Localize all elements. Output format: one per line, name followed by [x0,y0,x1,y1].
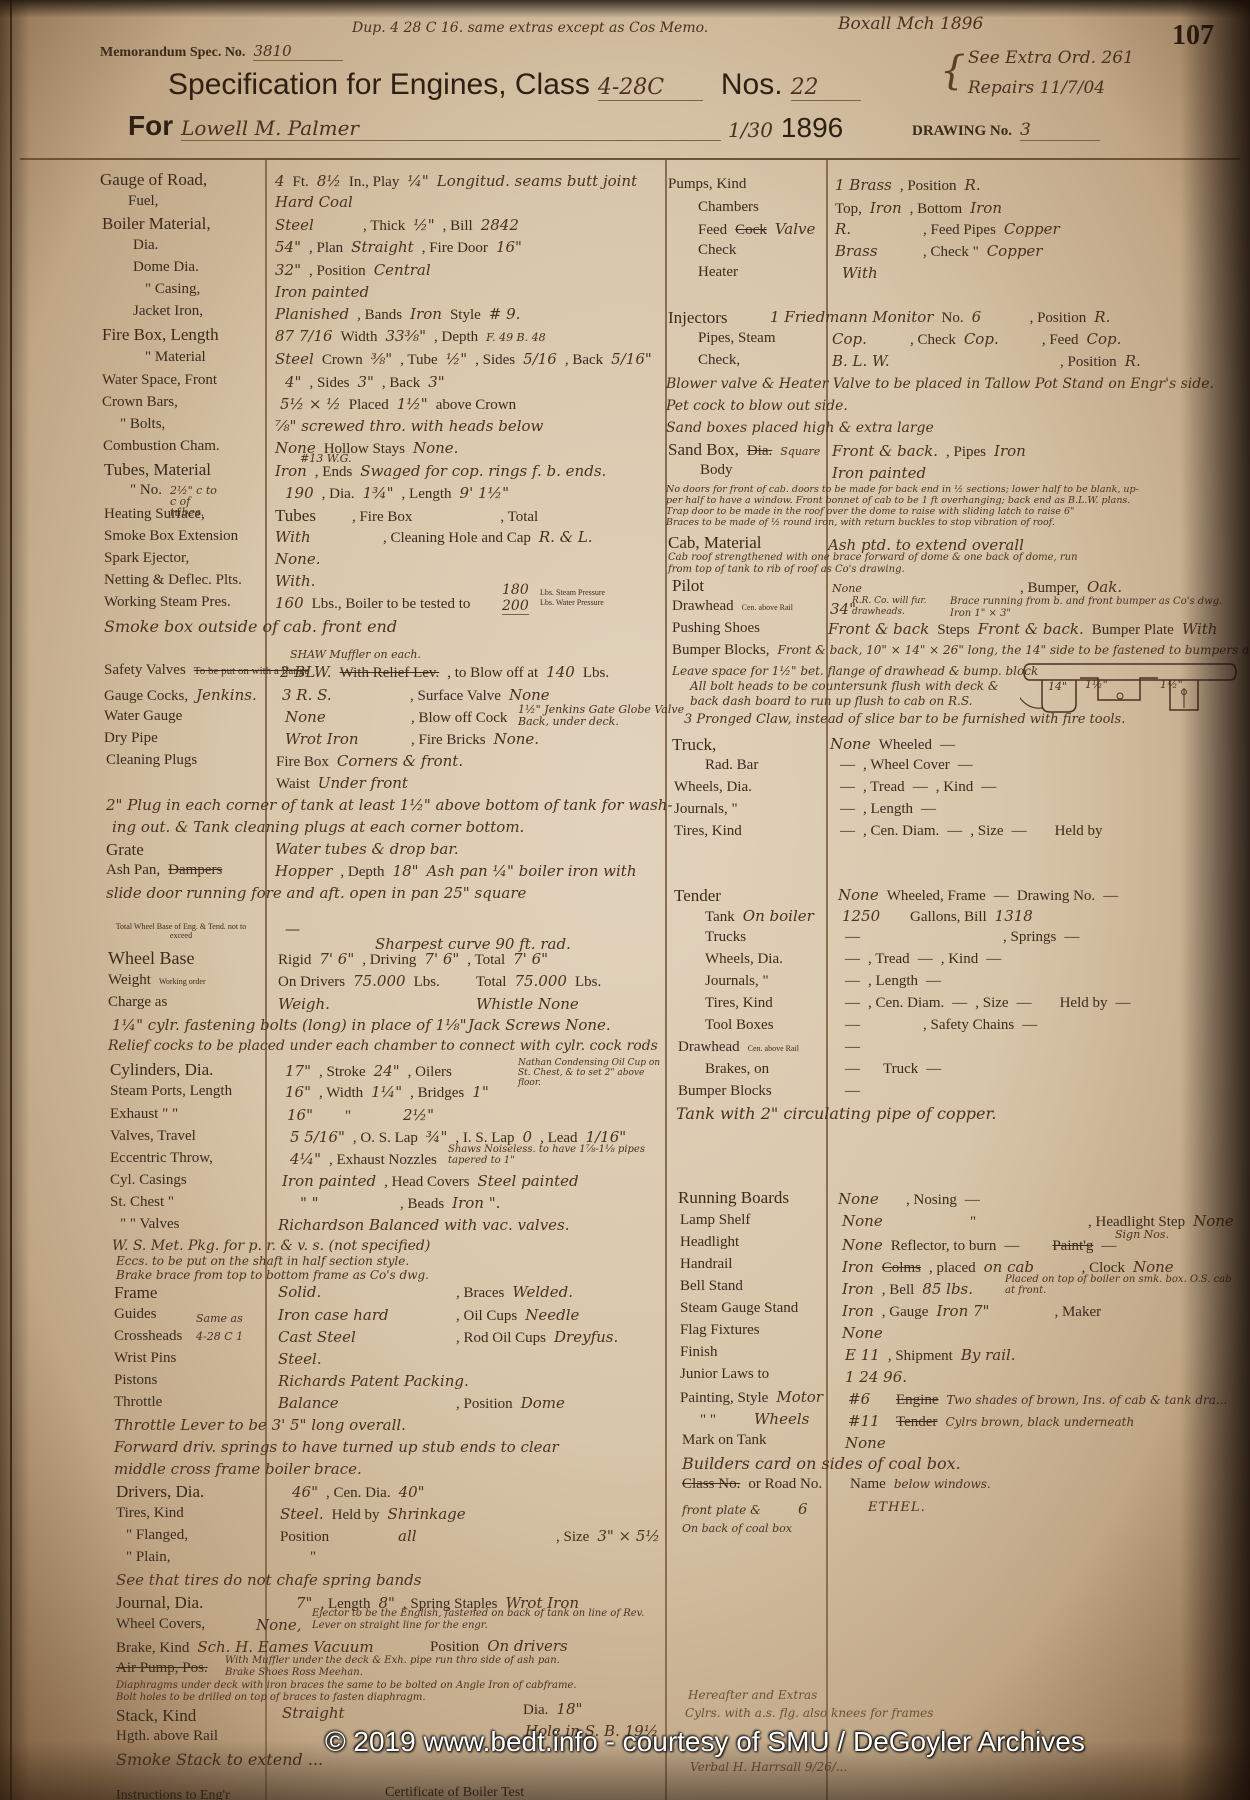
drawing-label: DRAWING No. [912,123,1012,140]
bolts-value: ⅞" screwed thro. with heads below [275,417,543,435]
tender-drawing-label: Drawing No. [1017,888,1095,905]
firebox-length: 87 7/16 [275,327,333,345]
valves-travel-label: Valves, Travel [110,1128,196,1145]
head-covers-value: Steel painted [477,1172,578,1190]
tender-frame-label: Wheeled, Frame [887,888,986,905]
pipes-steam-value: Cop. [832,330,902,348]
truck-wheeled-value: — [940,737,955,754]
smokebox-value: With [275,528,375,546]
heating-total: , Total [500,509,538,526]
tender-journals-label: Journals, " [705,973,769,990]
flag-fixtures-value: None [842,1324,883,1342]
firebox-depth-label: , Depth [434,329,478,346]
note-bolt-heads-2: back dash board to run up flush to cab o… [690,694,972,708]
truck-cen-diam-label: , Cen. Diam. [863,823,939,840]
shipment-label: , Shipment [888,1348,953,1365]
note-smoke-stack: Smoke Stack to extend ... [116,1750,323,1769]
stack-dia-value: 18" [556,1700,582,1718]
sand-box-pipes-value: Iron [994,442,1026,460]
above-crown-label: above Crown [436,397,516,414]
truck-tires-value: — [840,823,855,840]
tube-label: , Tube [400,352,438,369]
header-divider [20,158,1240,160]
note-relief-cocks: Relief cocks to be placed under each cha… [108,1038,658,1054]
bumper-value: Oak. [1087,578,1122,596]
bumper-plate-value: With [1182,620,1218,638]
bands-label: , Bands [357,307,402,324]
water-sides-label: , Sides [309,375,349,392]
note-blower-valve: Blower valve & Heater Valve to be placed… [666,376,1214,392]
sides-value: 5/16 [523,350,557,368]
blow-off-cock-value-2: Back, under deck. [518,715,619,728]
head-covers-label: , Head Covers [384,1174,469,1191]
ash-pan-note: Ash pan ¼" boiler iron with [427,862,637,880]
wheel-cover-value: — [958,757,973,774]
painting-2-value: #11 [848,1412,888,1430]
finish-value: E 11 [845,1346,880,1364]
junior-laws-label: Junior Laws to [680,1366,769,1383]
tender-wheels-value: — [845,951,860,968]
beads-label: , Beads [400,1196,444,1213]
stack-kind-value: Straight [282,1704,345,1722]
oil-cups-value: Needle [525,1306,579,1324]
lamp-shelf-ditto: " [970,1214,1080,1231]
smokebox-label: Smoke Box Extension [104,528,238,545]
placed-label: , placed [929,1260,976,1277]
feed-label: Feed [698,222,727,239]
note-throttle-lever: Throttle Lever to be 3' 5" long overall. [114,1416,406,1434]
brake-position-label: Position [430,1639,479,1656]
gauge-label: Gauge of Road, [100,170,207,190]
gauge-ft: 4 [275,172,285,190]
tender-frame-value: — [994,888,1009,905]
braces-label: , Braces [456,1285,504,1302]
blow-off-cock-label: , Blow off Cock [411,710,507,727]
tender-bumper-blocks-value: — [845,1083,860,1100]
gauge-ft-label: Ft. [293,174,309,191]
painting-engine-struck: Engine [896,1392,939,1409]
bumper-blocks-value: Front & back, 10" × 14" × 26" long, the … [778,643,1250,657]
feed-value: R. [835,220,915,238]
blow-off-lbs: Lbs. [583,665,609,682]
held-by-value: Shrinkage [388,1505,466,1523]
crown-bars-value: 5½ × ½ [280,395,341,413]
chambers-label: Chambers [698,199,759,216]
reflector-value: — [1004,1238,1019,1255]
throttle-value: Balance [278,1394,448,1412]
spark-label: Spark Ejector, [104,550,189,567]
cen-dia-value: 40" [399,1483,425,1501]
wheel-covers-value: None, [256,1616,301,1634]
brake-kind-value: Sch. H. Eames Vacuum [197,1638,373,1656]
tender-tires-label: Tires, Kind [705,995,773,1012]
wrist-pins-label: Wrist Pins [114,1350,176,1367]
note-middle-frame: middle cross frame boiler brace. [114,1460,362,1478]
eccentric-label: Eccentric Throw, [110,1150,213,1167]
muffler-note: With Muffler under the deck & Exh. pipe … [225,1655,560,1666]
pilot-value: None [832,582,1012,595]
ash-pan-value: Hopper [275,862,332,880]
feed-pipes-value: Copper [1004,220,1060,238]
left-column-rule [265,160,267,1800]
fuel-label: Fuel, [128,193,158,210]
water-front: 4" [285,373,301,391]
bell-stand-label: Bell Stand [680,1278,743,1295]
note-cab-roof-1: Cab roof strengthened with one brace for… [668,552,1078,563]
note-cyl-bolts: 1¼" cylr. fastening bolts (long) in plac… [112,1016,467,1034]
surface-valve-label: , Surface Valve [410,688,501,705]
valves-travel-value: 5 5/16" [290,1128,345,1146]
exhaust-length: 16" [287,1106,337,1124]
name-value: below windows. [894,1477,991,1491]
wheel-base-label: Wheel Base [108,948,194,969]
steam-ports-length: 16" [285,1083,311,1101]
driving-label: , Driving [362,952,416,969]
truck-wheeled-label: Wheeled [879,737,932,754]
water-space-label: Water Space, Front [102,372,217,389]
injector-check-label: Check, [698,352,740,369]
steam-pressure-value: 180 [502,582,529,598]
dry-pipe-label: Dry Pipe [104,730,158,747]
note-brake-brace: Brake brace from top to bottom frame as … [116,1268,429,1282]
weight-bracket: Working order [159,977,206,986]
tubes-length-label: , Length [402,486,452,503]
brakes-on-label: Brakes, on [705,1061,769,1078]
steam-ports-label: Steam Ports, Length [110,1083,232,1100]
cleaning-hole-value: R. & L. [539,528,593,546]
brakes-on-value: — [845,1061,875,1078]
lamp-shelf-value: None [842,1212,962,1230]
thick-label: , Thick [363,218,405,235]
cab-material-label: Cab, Material [668,533,761,553]
truck-journals-label: Journals, " [674,801,738,818]
height-above-rail-label: Hgth. above Rail [116,1728,218,1745]
dome-position-value: Central [374,261,431,279]
drawhead-note: R.R. Co. will fur. drawheads. [852,596,942,618]
tender-label: Tender [674,886,721,906]
back-of-coal-box-note: On back of coal box [682,1522,792,1535]
brace-glyph: { [940,48,965,94]
on-drivers-label: On Drivers [278,974,345,991]
truck-size-value: — [1012,823,1027,840]
bumper-plate-label: Bumper Plate [1092,622,1174,639]
road-no-label: or Road No. [748,1476,822,1493]
gauge-label: , Gauge [882,1304,929,1321]
weight-total-value: 75.000 [514,972,567,990]
pipes-feed-value: Cop. [1087,330,1122,348]
fire-bricks-label: , Fire Bricks [411,732,486,749]
note-eccs: Eccs. to be put on the shaft in half sec… [116,1254,409,1268]
stack-dia-label: Dia. [523,1702,548,1719]
air-pump-label: Air Pump, Pos. [116,1660,208,1677]
chambers-bottom-label: , Bottom [910,201,963,218]
pumps-label: Pumps, Kind [668,176,746,193]
total-label: , Total [467,952,505,969]
gauge-cocks-label: Gauge Cocks, [104,688,188,705]
side-note-2: Repairs 11/7/04 [968,78,1105,98]
tender-held-by-label: Held by [1060,995,1108,1012]
brake-kind-label: Brake, Kind [116,1640,189,1657]
heating-label: Heating Surface, [104,506,205,523]
tube-value: ½" [446,350,467,368]
braces-value: Welded. [512,1283,573,1301]
memorandum-number: 3810 [253,42,343,61]
held-by-label: Held by [332,1507,380,1524]
tender-value: None [838,886,879,904]
cleaning-firebox-value: Corners & front. [337,752,463,770]
injectors-no-value: 6 [972,308,1022,326]
pistons-value: Richards Patent Packing. [278,1372,469,1390]
tubes-ends-value: Swaged for cop. rings f. b. ends. [360,462,606,480]
tank-label: Tank [705,909,735,926]
oil-cups-label: , Oil Cups [456,1308,517,1325]
water-sides: 3" [357,373,373,391]
pumps-position-label: , Position [900,178,957,195]
tender-tread-label: , Tread [868,951,910,968]
note-plugs-2: ing out. & Tank cleaning plugs at each c… [112,818,524,836]
ash-pan-label: Ash Pan, [106,862,160,879]
diagram-label-1-5a: 1½" [1085,678,1108,691]
jacket-label: Jacket Iron, [133,303,203,320]
brakes-truck-label: Truck [883,1061,918,1078]
working-steam-value: 160 [275,594,304,612]
truck-tread-value: — [913,779,928,796]
brakes-truck-value: — [926,1061,941,1078]
injectors-position-value: R. [1094,308,1110,326]
exhaust-nozzles-value: Shaws Noiseless. to have 1⅞-1⅛ pipes tap… [448,1144,663,1166]
body-value: Iron painted [832,464,926,482]
bridges-label: , Bridges [410,1085,464,1102]
boiler-label: Boiler Material, [102,214,211,234]
total-value: 7' 6" [513,950,548,968]
chambers-bottom-value: Iron [970,199,1002,217]
water-gauge-value: None [285,708,403,726]
total-wheel-base-label: Total Wheel Base of Eng. & Tend. not to … [106,922,256,940]
plain-value: " [310,1549,316,1566]
injectors-value: 1 Friedmann Monitor [770,308,934,326]
blow-off-value: 140 [546,663,575,681]
tender-journals-value: — [845,973,860,990]
heating-tubes: Tubes [275,506,316,526]
painting-note: Two shades of brown, Ins. of cab & tank … [947,1393,1228,1407]
truck-tires-label: Tires, Kind [674,823,742,840]
dome-value: 32" [275,261,301,279]
note-bolt-heads-1: All bolt heads to be countersunk flush w… [690,679,999,693]
painting-style-label: Painting, Style [680,1390,768,1407]
flanged-size-label: , Size [556,1529,589,1546]
wheel-cover-label: , Wheel Cover [863,757,950,774]
fire-door-value: 16" [496,238,522,256]
st-valves-label: " " Valves [120,1216,179,1233]
bell-label: , Bell [882,1282,915,1299]
bottom-note-3: Verbal H. Harrsall 9/26/... [690,1760,847,1774]
nosing-label: , Nosing [906,1192,957,1209]
brake-shoes-note: Brake Shoes Ross Meehan. [225,1667,363,1678]
headlight-value: None [842,1236,883,1254]
gauge-play: ¼" [407,172,428,190]
on-drivers-lbs: Lbs. [414,974,440,991]
note-cab-doors-2: per half to have a window. Front bonnet … [666,495,1130,506]
total-wheel-base-value: — [285,920,300,938]
casing-label: " Casing, [145,281,200,298]
guides-label: Guides [114,1306,157,1323]
painting-2-label: " " [700,1412,716,1429]
bridges-value: 1" [472,1083,488,1101]
heater-value: With [842,264,878,282]
thick-value: ½" [413,216,434,234]
tires-value: Steel. [280,1505,324,1523]
safety-struck-2: With Relief Lev. [340,665,440,682]
note-plugs-1: 2" Plug in each corner of tank at least … [106,796,673,814]
instructions-label: Instructions to Eng'r [116,1788,230,1800]
check-2-value: Copper [987,242,1043,260]
stroke-label: , Stroke [319,1064,366,1081]
tubes-no-value: 190 [285,484,314,502]
cleaning-waist-label: Waist [276,776,310,793]
ash-pan-depth: 18" [393,862,419,880]
bill-label: , Bill [443,218,473,235]
exhaust-nozzles-label: , Exhaust Nozzles [329,1152,437,1169]
drawhead-label: Drawhead [672,598,734,615]
tender-drawhead-value: — [845,1039,860,1056]
junior-laws-value: 1 24 96. [845,1368,907,1386]
sand-box-square: Square [780,445,820,458]
journal-dia: 7" [296,1594,312,1612]
water-back: 3" [428,373,444,391]
side-note-1: See Extra Ord. 261 [968,48,1134,68]
on-drivers-value: 75.000 [353,972,406,990]
reflector-label: Reflector, to burn [891,1238,997,1255]
truck-wheels-label: Wheels, Dia. [674,779,752,796]
note-forward-springs: Forward driv. springs to have turned up … [114,1438,559,1456]
tender-size-label: , Size [975,995,1008,1012]
injectors-position-label: , Position [1030,310,1087,327]
safety-valves-label: Safety Valves [104,662,186,679]
note-cab-doors-4: Braces to be made of ½ round iron, with … [666,517,1055,528]
plan-label: , Plan [309,240,343,257]
firebox-depth: F. 49 B. 48 [486,331,545,344]
placed-value: 1½" [397,395,428,413]
driving-value: 7' 6" [424,950,459,968]
oilers-label: , Oilers [408,1064,452,1081]
diagram-label-14: 14" [1048,680,1067,693]
tender-tread-value: — [918,951,933,968]
cleaning-waist-value: Under front [318,774,408,792]
bumper-label: , Bumper, [1020,580,1079,597]
bell-value: 85 lbs. [922,1280,973,1298]
headlight-step-value: None [1193,1212,1234,1230]
beads-value: Iron ". [452,1194,500,1212]
bolts-label: " Bolts, [120,416,165,433]
truck-label: Truck, [672,735,716,755]
boiler-test-label: Lbs., Boiler to be tested to [312,596,471,613]
pipes-steam-label: Pipes, Steam [698,330,776,347]
exhaust-width: 2½" [403,1106,434,1124]
truck-journals-length-label: , Length [863,801,913,818]
style-value: # 9. [489,305,521,323]
painting-value: #6 [848,1390,888,1408]
for-value: Lowell M. Palmer [181,116,721,141]
dome-position-label: , Position [309,263,366,280]
pumps-value: 1 Brass [835,176,892,194]
exhaust-ditto: " [345,1108,395,1125]
gallons-bill-label: Gallons, Bill [910,909,987,926]
headlight-label: Headlight [680,1234,739,1251]
running-boards-label: Running Boards [678,1188,789,1208]
crown-label: Crown [322,352,363,369]
note-smokebox: Smoke box outside of cab. front end [104,617,397,636]
mark-on-tank-label: Mark on Tank [682,1432,767,1449]
truck-journals-value: — [840,801,855,818]
pipes-check-label: , Check [910,332,956,349]
spec-title: Specification for Engines, Class [168,68,590,102]
crown-value: ⅜" [371,350,392,368]
drivers-dia: 46" [292,1483,318,1501]
note-bolt-holes: Bolt holes to be drilled on top of brace… [116,1692,426,1703]
truck-tread-label: , Tread [863,779,905,796]
chambers-top-label: Top, [835,201,862,218]
mark-on-tank-value: None [845,1434,886,1452]
gallons-bill-value: 1318 [995,907,1033,925]
note-cab-roof-2: from top of tank to rib of roof as Co's … [668,564,905,575]
fuel-value: Hard Coal [275,193,353,211]
charge-as-label: Charge as [108,994,167,1011]
page-number: 107 [1172,20,1214,52]
steam-ports-width-label: , Width [319,1085,363,1102]
gauge-in-label: In., Play [349,174,399,191]
finish-label: Finish [680,1344,718,1361]
pistons-label: Pistons [114,1372,157,1389]
weight-label: Weight [108,972,151,989]
jacket-value: Planished [275,305,349,323]
tank-gallons: 1250 [842,907,902,925]
rod-oil-cups-value: Dreyfus. [554,1328,618,1346]
maker-label: , Maker [1054,1304,1101,1321]
tender-cen-diam-label: , Cen. Diam. [868,995,944,1012]
combustion-label: Combustion Cham. [103,438,220,455]
page-edge [10,0,12,1800]
tubes-label: Tubes, Material [104,460,211,480]
flanged-position-value: all [398,1527,548,1545]
feed-cock-struck: Cock [735,222,767,239]
os-lap-label: , O. S. Lap [353,1130,418,1147]
spark-value: None. [275,550,320,568]
handrail-label: Handrail [680,1256,732,1273]
steam-gauge-stand-label: Steam Gauge Stand [680,1300,798,1317]
tender-kind-value: — [986,951,1001,968]
drawing-value: 3 [1020,120,1100,141]
tubes-no-label: " No. [130,482,162,499]
tender-bumper-blocks-label: Bumper Blocks [678,1083,772,1100]
nos-value: 22 [791,75,861,101]
oilers-value: Nathan Condensing Oil Cup on St. Chest, … [518,1058,668,1088]
safety-muffler: SHAW Muffler on each. [290,648,421,661]
bands-value: Iron [410,305,442,323]
rad-bar-label: Rad. Bar [705,757,758,774]
throttle-label: Throttle [114,1394,162,1411]
injector-check-position-value: R. [1125,352,1141,370]
bottom-note-2: Cylrs. with a.s. flg. also knees for fra… [685,1706,933,1720]
bell-placement-note: Placed on top of boiler on smk. box. O.S… [1005,1274,1240,1296]
eccentric-value: 4¼" [290,1150,321,1168]
note-diaphragms: Diaphragms under deck with iron braces t… [116,1680,577,1691]
steam-gauge-stand-value: Iron [842,1302,874,1320]
water-back-label: , Back [382,375,420,392]
st-chest-label: St. Chest " [110,1194,174,1211]
cleaning-plugs-label: Cleaning Plugs [106,752,197,769]
brake-position-value: On drivers [487,1637,568,1655]
note-cab-doors-3: Trap door to be made in the roof over th… [666,506,1074,517]
